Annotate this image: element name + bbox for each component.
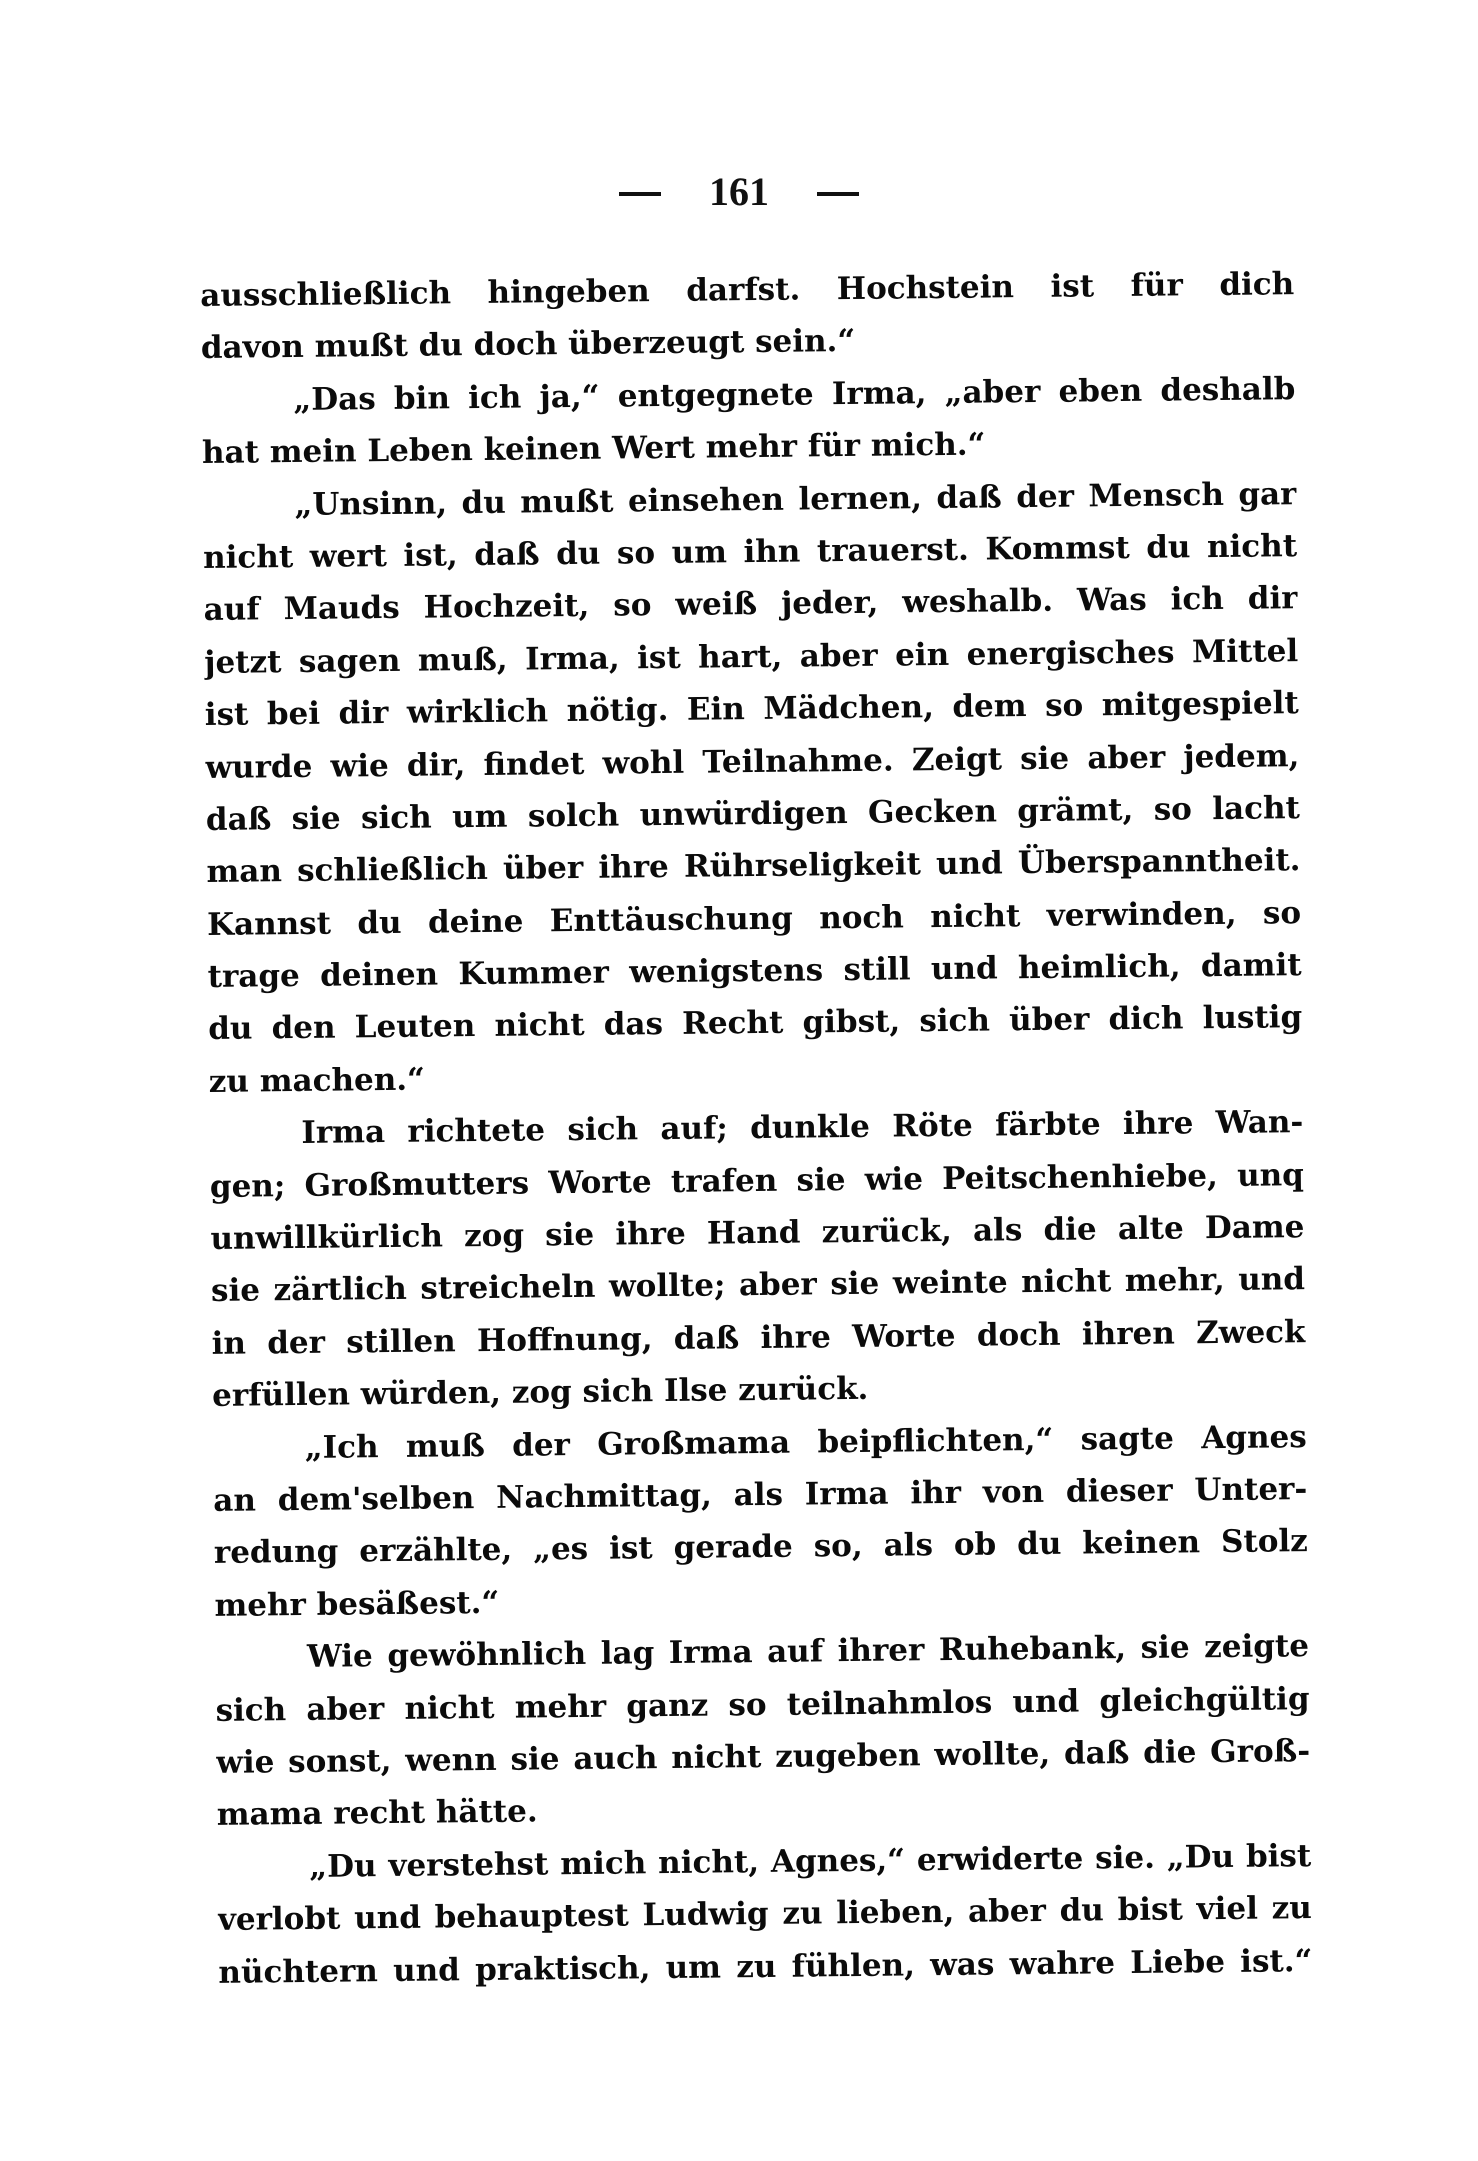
folio-dash-left [619,192,661,196]
page-number-header: 161 [0,170,1478,214]
body-text: ausschließlich hingeben darfst. Hochstei… [200,258,1313,1999]
page-number: 161 [709,169,769,214]
book-page: 161 ausschließlich hingeben darfst. Hoch… [0,0,1478,2161]
folio-dash-right [817,192,859,196]
text-line: nüchtern und praktisch, um zu fühlen, wa… [218,1935,1313,1999]
